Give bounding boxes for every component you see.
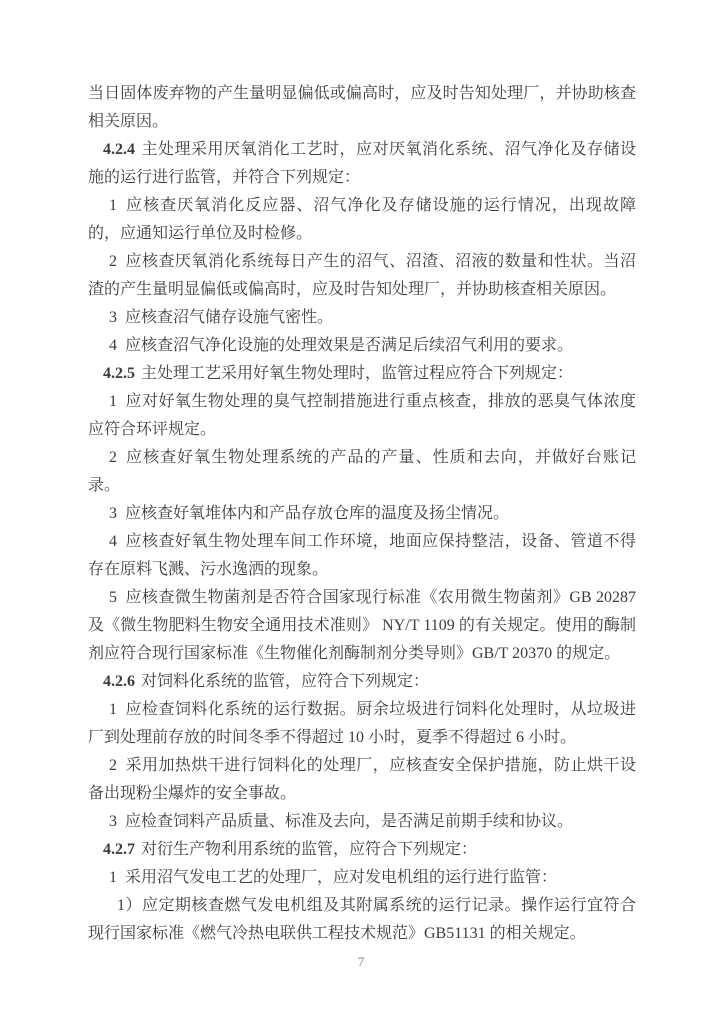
- item-number: 3: [109, 505, 117, 522]
- paragraph-text: 对饲料化系统的监管，应符合下列规定：: [141, 673, 429, 690]
- paragraph-text: 采用沼气发电工艺的处理厂，应对发电机组的运行进行监管：: [125, 869, 557, 886]
- paragraph-text: 应核查微生物菌剂是否符合国家现行标准《农用微生物菌剂》GB 20287 及《微生…: [88, 589, 636, 662]
- item-number: 4: [109, 533, 117, 550]
- paragraph-text: 应核查厌氧消化反应器、沼气净化及存储设施的运行情况，出现故障的，应通知运行单位及…: [88, 197, 636, 242]
- section-heading-paragraph: 4.2.5主处理工艺采用好氧生物处理时，监管过程应符合下列规定：: [88, 360, 636, 388]
- item-number: 1: [109, 197, 117, 214]
- section-number: 4.2.4: [103, 141, 135, 158]
- section-heading-paragraph: 4.2.4主处理采用厌氧消化工艺时，应对厌氧消化系统、沼气净化及存储设施的运行进…: [88, 136, 636, 192]
- list-item-paragraph: 2应核查好氧生物处理系统的产品的产量、性质和去向，并做好台账记录。: [88, 444, 636, 500]
- continuation-paragraph: 当日固体废弃物的产生量明显偏低或偏高时，应及时告知处理厂，并协助核查相关原因。: [88, 80, 636, 136]
- section-heading-paragraph: 4.2.7对衍生产物利用系统的监管，应符合下列规定：: [88, 836, 636, 864]
- paragraph-text: 采用加热烘干进行饲料化的处理厂，应核查安全保护措施，防止烘干设备出现粉尘爆炸的安…: [88, 757, 636, 802]
- paragraph-text: 主处理采用厌氧消化工艺时，应对厌氧消化系统、沼气净化及存储设施的运行进行监管，并…: [88, 141, 636, 186]
- paragraph-text: 应核查好氧堆体内和产品存放仓库的温度及扬尘情况。: [125, 505, 509, 522]
- item-number: 1: [109, 701, 117, 718]
- section-number: 4.2.6: [103, 673, 135, 690]
- paragraph-text: 应核查沼气净化设施的处理效果是否满足后续沼气利用的要求。: [125, 337, 573, 354]
- item-number: 2: [109, 449, 117, 466]
- item-number: 2: [109, 253, 117, 270]
- list-item-paragraph: 3应检查饲料产品质量、标准及去向，是否满足前期手续和协议。: [88, 808, 636, 836]
- page-footer: 7: [0, 952, 722, 972]
- item-number: 2: [109, 757, 117, 774]
- item-number: 1）: [117, 897, 142, 914]
- document-content: 当日固体废弃物的产生量明显偏低或偏高时，应及时告知处理厂，并协助核查相关原因。4…: [88, 80, 636, 948]
- document-page: 当日固体废弃物的产生量明显偏低或偏高时，应及时告知处理厂，并协助核查相关原因。4…: [0, 0, 722, 1029]
- item-number: 4: [109, 337, 117, 354]
- paragraph-text: 应核查沼气储存设施气密性。: [125, 309, 333, 326]
- list-item-paragraph: 2应核查厌氧消化系统每日产生的沼气、沼渣、沼液的数量和性状。当沼渣的产生量明显偏…: [88, 248, 636, 304]
- paragraph-text: 应核查厌氧消化系统每日产生的沼气、沼渣、沼液的数量和性状。当沼渣的产生量明显偏低…: [88, 253, 636, 298]
- list-item-paragraph: 1采用沼气发电工艺的处理厂，应对发电机组的运行进行监管：: [88, 864, 636, 892]
- list-item-paragraph: 1应检查饲料化系统的运行数据。厨余垃圾进行饲料化处理时，从垃圾进厂到处理前存放的…: [88, 696, 636, 752]
- sub-list-item-paragraph: 1）应定期核查燃气发电机组及其附属系统的运行记录。操作运行宜符合现行国家标准《燃…: [88, 892, 636, 948]
- paragraph-text: 对衍生产物利用系统的监管，应符合下列规定：: [141, 841, 477, 858]
- item-number: 3: [109, 309, 117, 326]
- paragraph-text: 应检查饲料化系统的运行数据。厨余垃圾进行饲料化处理时，从垃圾进厂到处理前存放的时…: [88, 701, 636, 746]
- paragraph-text: 主处理工艺采用好氧生物处理时，监管过程应符合下列规定：: [141, 365, 573, 382]
- section-number: 4.2.7: [103, 841, 135, 858]
- section-heading-paragraph: 4.2.6对饲料化系统的监管，应符合下列规定：: [88, 668, 636, 696]
- item-number: 5: [109, 589, 117, 606]
- paragraph-text: 应核查好氧生物处理系统的产品的产量、性质和去向，并做好台账记录。: [88, 449, 636, 494]
- list-item-paragraph: 5应核查微生物菌剂是否符合国家现行标准《农用微生物菌剂》GB 20287 及《微…: [88, 584, 636, 668]
- item-number: 1: [109, 869, 117, 886]
- list-item-paragraph: 3应核查好氧堆体内和产品存放仓库的温度及扬尘情况。: [88, 500, 636, 528]
- list-item-paragraph: 3应核查沼气储存设施气密性。: [88, 304, 636, 332]
- paragraph-text: 应定期核查燃气发电机组及其附属系统的运行记录。操作运行宜符合现行国家标准《燃气冷…: [88, 897, 636, 942]
- section-number: 4.2.5: [103, 365, 135, 382]
- list-item-paragraph: 1应核查厌氧消化反应器、沼气净化及存储设施的运行情况，出现故障的，应通知运行单位…: [88, 192, 636, 248]
- page-number: 7: [358, 954, 365, 969]
- paragraph-text: 应核查好氧生物处理车间工作环境，地面应保持整洁，设备、管道不得存在原料飞溅、污水…: [88, 533, 636, 578]
- item-number: 1: [109, 393, 117, 410]
- paragraph-text: 应对好氧生物处理的臭气控制措施进行重点核查，排放的恶臭气体浓度应符合环评规定。: [88, 393, 636, 438]
- list-item-paragraph: 2采用加热烘干进行饲料化的处理厂，应核查安全保护措施，防止烘干设备出现粉尘爆炸的…: [88, 752, 636, 808]
- item-number: 3: [109, 813, 117, 830]
- paragraph-text: 当日固体废弃物的产生量明显偏低或偏高时，应及时告知处理厂，并协助核查相关原因。: [88, 85, 636, 130]
- list-item-paragraph: 4应核查沼气净化设施的处理效果是否满足后续沼气利用的要求。: [88, 332, 636, 360]
- paragraph-text: 应检查饲料产品质量、标准及去向，是否满足前期手续和协议。: [125, 813, 573, 830]
- list-item-paragraph: 1应对好氧生物处理的臭气控制措施进行重点核查，排放的恶臭气体浓度应符合环评规定。: [88, 388, 636, 444]
- list-item-paragraph: 4应核查好氧生物处理车间工作环境，地面应保持整洁，设备、管道不得存在原料飞溅、污…: [88, 528, 636, 584]
